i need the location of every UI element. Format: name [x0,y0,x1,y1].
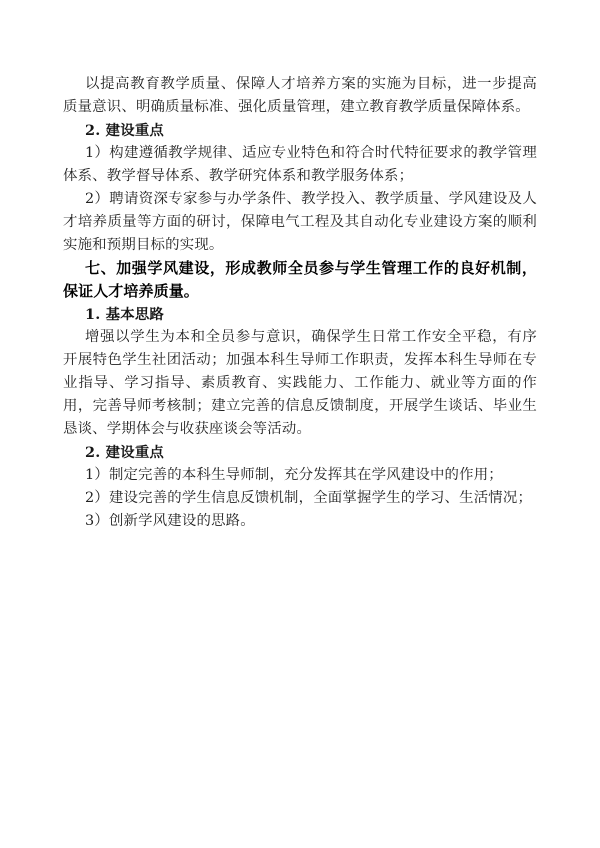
document-page: 以提高教育教学质量、保障人才培养方案的实施为目标，进一步提高质量意识、明确质量标… [0,0,600,848]
list-item-teaching-systems: 1）构建遵循教学规律、适应专业特色和符合时代特征要求的教学管理体系、教学督导体系… [63,142,537,188]
list-item-feedback-mechanism: 2）建设完善的学生信息反馈机制，全面掌握学生的学习、生活情况； [63,487,537,510]
chapter-heading-study-style: 七、加强学风建设，形成教师全员参与学生管理工作的良好机制，保证人才培养质量。 [63,257,537,303]
paragraph-quality-goal: 以提高教育教学质量、保障人才培养方案的实施为目标，进一步提高质量意识、明确质量标… [63,73,537,119]
subheading-construction-focus-1: 2. 建设重点 [63,119,537,142]
document-body: 以提高教育教学质量、保障人才培养方案的实施为目标，进一步提高质量意识、明确质量标… [63,73,537,533]
subheading-basic-approach: 1. 基本思路 [63,303,537,326]
subheading-construction-focus-2: 2. 建设重点 [63,441,537,464]
list-item-tutor-system: 1）制定完善的本科生导师制，充分发挥其在学风建设中的作用； [63,464,537,487]
paragraph-student-centered: 增强以学生为本和全员参与意识，确保学生日常工作安全平稳，有序开展特色学生社团活动… [63,326,537,441]
list-item-expert-consultation: 2）聘请资深专家参与办学条件、教学投入、教学质量、学风建设及人才培养质量等方面的… [63,188,537,257]
list-item-innovation: 3）创新学风建设的思路。 [63,510,537,533]
